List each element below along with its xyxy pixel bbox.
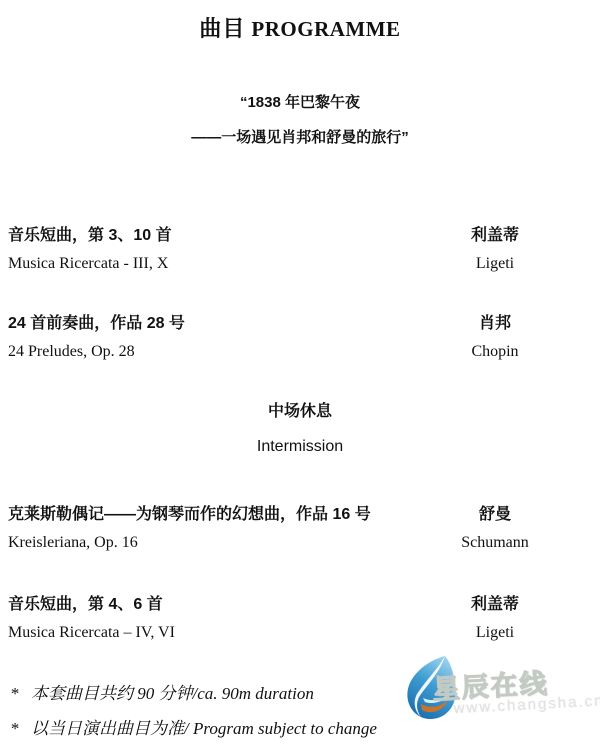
intermission-section: 中场休息 Intermission <box>0 402 600 456</box>
composer-cn: 利盖蒂 <box>435 595 555 615</box>
concert-subtitle-line2: ——一场遇见肖邦和舒曼的旅行” <box>0 129 600 147</box>
piece-title-cn: 音乐短曲，第 3、10 首 <box>8 226 172 246</box>
piece-title-cn: 24 首前奏曲，作品 28 号 <box>8 314 185 334</box>
concert-subtitle-line1: “1838 年巴黎午夜 <box>0 94 600 112</box>
watermark-site-name: 星辰在线 <box>432 668 600 704</box>
watermark-text: 星辰在线 www.changsha.cn <box>432 668 600 719</box>
subject-to-change-note-text: 以当日演出曲目为准/ Program subject to change <box>31 719 377 738</box>
composer-cn: 利盖蒂 <box>435 226 555 246</box>
piece-title-cn: 克莱斯勒偶记——为钢琴而作的幻想曲，作品 16 号 <box>8 505 371 525</box>
duration-note-text: 本套曲目共约 90 分钟/ca. 90m duration <box>31 684 314 703</box>
intermission-cn: 中场休息 <box>0 402 600 422</box>
subject-to-change-note: *以当日演出曲目为准/ Program subject to change <box>10 718 377 740</box>
watermark-site-url: www.changsha.cn <box>453 693 600 718</box>
piece-title-en: Musica Ricercata – IV, VI <box>8 623 175 642</box>
asterisk-marker: * <box>10 683 31 705</box>
programme-item: 24 首前奏曲，作品 28 号 肖邦 24 Preludes, Op. 28 C… <box>8 314 592 361</box>
page-title: 曲目PROGRAMME <box>0 16 600 45</box>
composer-cn: 肖邦 <box>435 314 555 334</box>
composer-en: Schumann <box>435 533 555 552</box>
duration-note: *本套曲目共约 90 分钟/ca. 90m duration <box>10 683 314 705</box>
page-title-en: PROGRAMME <box>251 17 400 41</box>
programme-item: 克莱斯勒偶记——为钢琴而作的幻想曲，作品 16 号 舒曼 Kreislerian… <box>8 505 592 552</box>
piece-title-en: Musica Ricercata - III, X <box>8 254 168 273</box>
programme-item: 音乐短曲，第 3、10 首 利盖蒂 Musica Ricercata - III… <box>8 226 592 273</box>
page-title-cn: 曲目 <box>199 16 245 41</box>
water-drop-logo-icon <box>406 654 458 722</box>
composer-en: Ligeti <box>435 623 555 642</box>
intermission-en: Intermission <box>0 437 600 456</box>
piece-title-en: 24 Preludes, Op. 28 <box>8 342 135 361</box>
composer-en: Ligeti <box>435 254 555 273</box>
programme-document: 曲目PROGRAMME “1838 年巴黎午夜 ——一场遇见肖邦和舒曼的旅行” … <box>0 0 600 746</box>
piece-title-cn: 音乐短曲，第 4、6 首 <box>8 595 163 615</box>
composer-en: Chopin <box>435 342 555 361</box>
asterisk-marker: * <box>10 718 31 740</box>
programme-item: 音乐短曲，第 4、6 首 利盖蒂 Musica Ricercata – IV, … <box>8 595 592 642</box>
piece-title-en: Kreisleriana, Op. 16 <box>8 533 138 552</box>
site-watermark: 星辰在线 www.changsha.cn <box>403 648 593 738</box>
composer-cn: 舒曼 <box>435 505 555 525</box>
